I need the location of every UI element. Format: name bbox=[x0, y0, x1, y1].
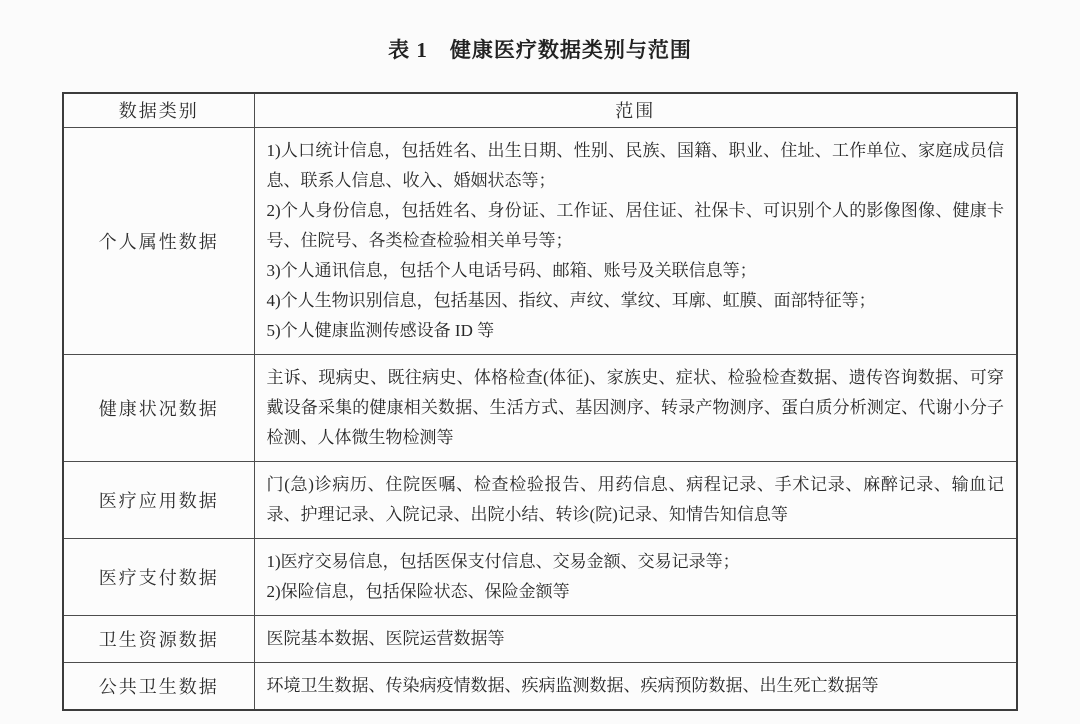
table-row: 医疗应用数据 门(急)诊病历、住院医嘱、检查检验报告、用药信息、病程记录、手术记… bbox=[63, 461, 1017, 538]
header-cell-category: 数据类别 bbox=[63, 93, 254, 127]
scope-line: 5)个人健康监测传感设备 ID 等 bbox=[267, 316, 1005, 346]
category-cell: 医疗支付数据 bbox=[63, 538, 254, 615]
scope-cell: 门(急)诊病历、住院医嘱、检查检验报告、用药信息、病程记录、手术记录、麻醉记录、… bbox=[254, 461, 1017, 538]
scope-line: 环境卫生数据、传染病疫情数据、疾病监测数据、疾病预防数据、出生死亡数据等 bbox=[267, 671, 1005, 701]
scope-cell: 环境卫生数据、传染病疫情数据、疾病监测数据、疾病预防数据、出生死亡数据等 bbox=[254, 662, 1017, 710]
scope-cell: 主诉、现病史、既往病史、体格检查(体征)、家族史、症状、检验检查数据、遗传咨询数… bbox=[254, 354, 1017, 461]
table-row: 医疗支付数据 1)医疗交易信息，包括医保支付信息、交易金额、交易记录等； 2)保… bbox=[63, 538, 1017, 615]
scope-line: 主诉、现病史、既往病史、体格检查(体征)、家族史、症状、检验检查数据、遗传咨询数… bbox=[267, 363, 1005, 453]
scope-line: 2)个人身份信息，包括姓名、身份证、工作证、居住证、社保卡、可识别个人的影像图像… bbox=[267, 196, 1005, 256]
scope-line: 1)医疗交易信息，包括医保支付信息、交易金额、交易记录等； bbox=[267, 547, 1005, 577]
category-cell: 健康状况数据 bbox=[63, 354, 254, 461]
scope-line: 3)个人通讯信息，包括个人电话号码、邮箱、账号及关联信息等； bbox=[267, 256, 1005, 286]
page-title: 表 1 健康医疗数据类别与范围 bbox=[0, 34, 1080, 64]
table-row: 公共卫生数据 环境卫生数据、传染病疫情数据、疾病监测数据、疾病预防数据、出生死亡… bbox=[63, 662, 1017, 710]
category-cell: 公共卫生数据 bbox=[63, 662, 254, 710]
table-row: 个人属性数据 1)人口统计信息，包括姓名、出生日期、性别、民族、国籍、职业、住址… bbox=[63, 127, 1017, 354]
scope-cell: 医院基本数据、医院运营数据等 bbox=[254, 615, 1017, 662]
scope-cell: 1)人口统计信息，包括姓名、出生日期、性别、民族、国籍、职业、住址、工作单位、家… bbox=[254, 127, 1017, 354]
scope-cell: 1)医疗交易信息，包括医保支付信息、交易金额、交易记录等； 2)保险信息，包括保… bbox=[254, 538, 1017, 615]
scope-line: 2)保险信息，包括保险状态、保险金额等 bbox=[267, 577, 1005, 607]
scope-line: 医院基本数据、医院运营数据等 bbox=[267, 624, 1005, 654]
scope-line: 门(急)诊病历、住院医嘱、检查检验报告、用药信息、病程记录、手术记录、麻醉记录、… bbox=[267, 470, 1005, 530]
table-row: 卫生资源数据 医院基本数据、医院运营数据等 bbox=[63, 615, 1017, 662]
table-header-row: 数据类别 范围 bbox=[63, 93, 1017, 127]
category-cell: 个人属性数据 bbox=[63, 127, 254, 354]
scope-line: 1)人口统计信息，包括姓名、出生日期、性别、民族、国籍、职业、住址、工作单位、家… bbox=[267, 136, 1005, 196]
table-row: 健康状况数据 主诉、现病史、既往病史、体格检查(体征)、家族史、症状、检验检查数… bbox=[63, 354, 1017, 461]
document-page: 表 1 健康医疗数据类别与范围 数据类别 范围 个人属性数据 1)人口统计信息，… bbox=[0, 0, 1080, 724]
header-cell-scope: 范围 bbox=[254, 93, 1017, 127]
scope-line: 4)个人生物识别信息，包括基因、指纹、声纹、掌纹、耳廓、虹膜、面部特征等； bbox=[267, 286, 1005, 316]
category-cell: 医疗应用数据 bbox=[63, 461, 254, 538]
category-cell: 卫生资源数据 bbox=[63, 615, 254, 662]
health-data-table: 数据类别 范围 个人属性数据 1)人口统计信息，包括姓名、出生日期、性别、民族、… bbox=[62, 92, 1018, 711]
